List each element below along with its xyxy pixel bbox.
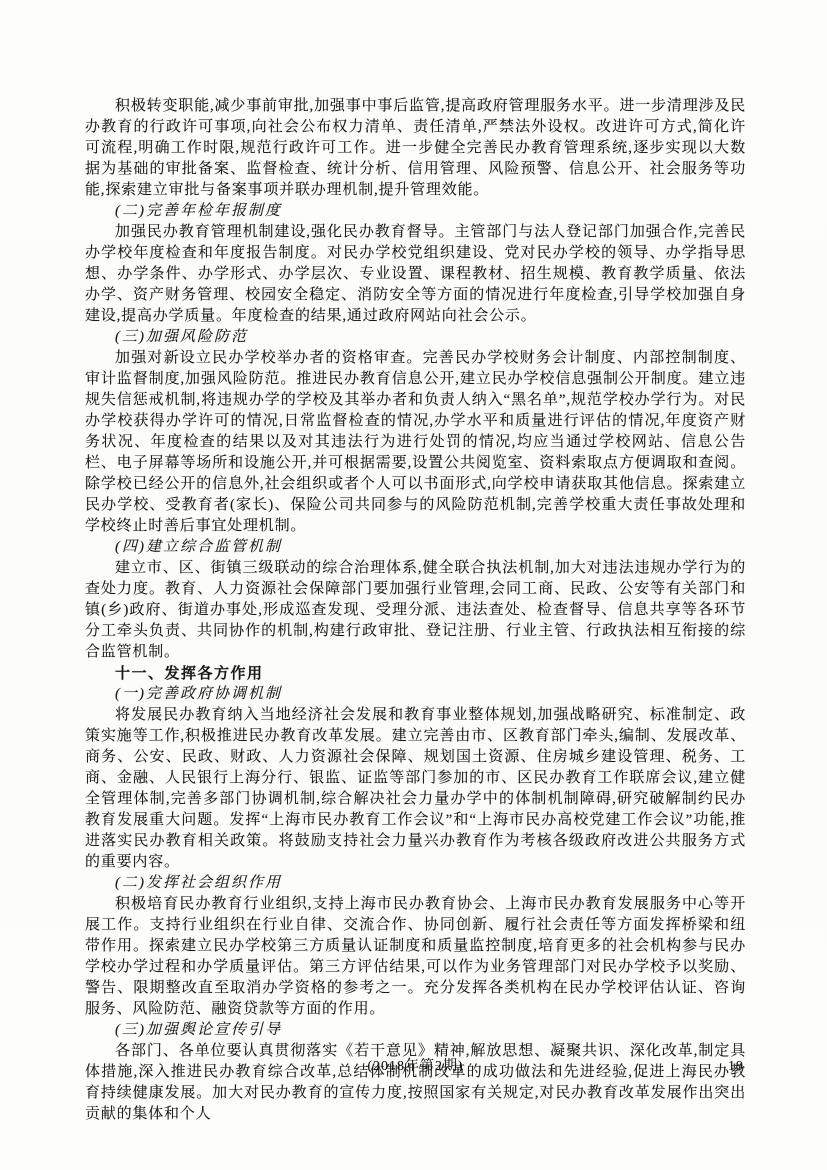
subsection-heading: (二)发挥社会组织作用 — [85, 873, 746, 894]
subsection-heading: (三)加强舆论宣传引导 — [85, 1020, 746, 1041]
document-body: 积极转变职能,减少事前审批,加强事中事后监管,提高政府管理服务水平。进一步清理涉… — [85, 96, 746, 1125]
paragraph: 将发展民办教育纳入当地经济社会发展和教育事业整体规划,加强战略研究、标准制定、政… — [85, 705, 746, 873]
subsection-heading: (三)加强风险防范 — [85, 327, 746, 348]
paragraph: 加强对新设立民办学校举办者的资格审查。完善民办学校财务会计制度、内部控制制度、审… — [85, 348, 746, 537]
subsection-heading: (一)完善政府协调机制 — [85, 684, 746, 705]
journal-issue-label: (2018年第2期) — [85, 1056, 746, 1078]
page-footer: (2018年第2期) 19 — [85, 1056, 746, 1078]
paragraph: 积极培育民办教育行业组织,支持上海市民办教育协会、上海市民办教育发展服务中心等开… — [85, 894, 746, 1020]
chapter-heading: 十一、发挥各方作用 — [85, 663, 746, 684]
paragraph: 加强民办教育管理机制建设,强化民办教育督导。主管部门与法人登记部门加强合作,完善… — [85, 222, 746, 327]
document-page: 积极转变职能,减少事前审批,加强事中事后监管,提高政府管理服务水平。进一步清理涉… — [0, 0, 827, 1170]
paragraph: 建立市、区、街镇三级联动的综合治理体系,健全联合执法机制,加大对违法违规办学行为… — [85, 558, 746, 663]
paragraph: 积极转变职能,减少事前审批,加强事中事后监管,提高政府管理服务水平。进一步清理涉… — [85, 96, 746, 201]
page-number: 19 — [728, 1056, 744, 1078]
subsection-heading: (二)完善年检年报制度 — [85, 201, 746, 222]
paragraph: 各部门、各单位要认真贯彻落实《若干意见》精神,解放思想、凝聚共识、深化改革,制定… — [85, 1041, 746, 1125]
subsection-heading: (四)建立综合监管机制 — [85, 537, 746, 558]
